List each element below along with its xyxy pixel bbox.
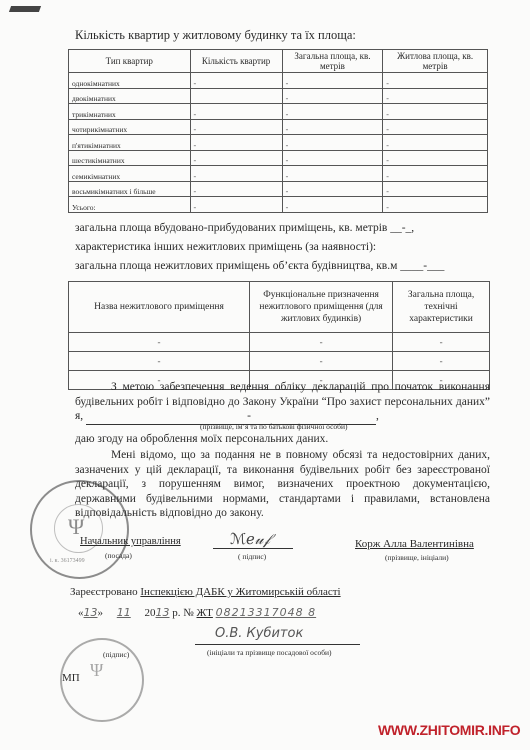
table-row: трикімнатних--- — [69, 104, 488, 120]
apt-type-cell: восьмикімнатних і більше — [69, 181, 191, 197]
official-caption: (ініціали та прізвище посадової особи) — [207, 648, 332, 657]
apt-count-cell: - — [190, 135, 282, 151]
reg-day: 13 — [84, 606, 98, 619]
apt-total-area-cell: - — [282, 181, 383, 197]
reg-number-label: № — [183, 607, 194, 619]
apt-total-area-cell: - — [282, 150, 383, 166]
stamp-code: і. к. 36173499 — [50, 558, 85, 564]
nonres-cell: - — [250, 352, 393, 371]
official-sign-line — [195, 644, 360, 645]
table-row: --- — [69, 352, 490, 371]
signature-line — [213, 548, 293, 549]
apt-total-area-cell: - — [282, 197, 383, 213]
built-in-area-line: загальна площа вбудовано-прибудованих пр… — [75, 222, 414, 234]
nonresidential-table: Назва нежитлового приміщення Функціональ… — [68, 281, 490, 390]
apt-type-cell: трикімнатних — [69, 104, 191, 120]
watermark: WWW.ZHITOMIR.INFO — [378, 722, 520, 738]
table-row: шестикімнатних--- — [69, 150, 488, 166]
column-header: Кількість квартир — [190, 50, 282, 73]
nonres-cell: - — [393, 352, 490, 371]
column-header: Функціональне призначення нежитлового пр… — [250, 282, 393, 333]
table-row: семикімнатних--- — [69, 166, 488, 182]
scan-corner-mark — [9, 6, 41, 12]
apt-total-area-cell: - — [282, 73, 383, 89]
nonresidential-total-line: загальна площа нежитлових приміщень об’є… — [75, 260, 444, 272]
apt-count-cell: - — [190, 150, 282, 166]
consent-name-caption: (прізвище, ім’я та по батькові фізичної … — [200, 422, 348, 431]
table-row: двокімнатних-- — [69, 88, 488, 104]
apt-living-area-cell: - — [383, 104, 488, 120]
official-name-handwritten: О.В. Кубиток — [215, 626, 303, 641]
apt-count-cell: - — [190, 197, 282, 213]
nonres-cell: - — [69, 352, 250, 371]
apt-living-area-cell: - — [383, 135, 488, 151]
apt-living-area-cell: - — [383, 197, 488, 213]
reg-month: 11 — [106, 606, 142, 619]
apt-type-cell: п'ятикімнатних — [69, 135, 191, 151]
nonres-cell: - — [250, 333, 393, 352]
signer-position: Начальник управління — [80, 536, 181, 547]
trident-icon: Ψ — [90, 660, 103, 681]
apt-type-cell: чотирикімнатних — [69, 119, 191, 135]
apt-living-area-cell: - — [383, 181, 488, 197]
apartments-table: Тип квартир Кількість квартир Загальна п… — [68, 49, 488, 213]
apt-total-area-cell: - — [282, 104, 383, 120]
table-row: однокімнатних--- — [69, 73, 488, 89]
apt-type-cell: двокімнатних — [69, 88, 191, 104]
reg-number-prefix: ЖТ — [197, 607, 213, 619]
table-row: восьмикімнатних і більше--- — [69, 181, 488, 197]
apt-count-cell: - — [190, 181, 282, 197]
signature-scribble: ℳℯ𝓊𝒻 — [230, 530, 270, 548]
table-header-row: Назва нежитлового приміщення Функціональ… — [69, 282, 490, 333]
registration-date-line: «13» 11 2013 р. № ЖТ 08213317048 8 — [78, 606, 316, 619]
signer-name: Корж Алла Валентинівна — [355, 538, 474, 550]
other-nonresidential-line: характеристика інших нежитлових приміщен… — [75, 241, 376, 253]
registration-line: Зареєстровано Інспекцією ДАБК у Житомирс… — [70, 586, 341, 598]
column-header: Житлова площа, кв. метрів — [383, 50, 488, 73]
nonres-cell: - — [393, 333, 490, 352]
apt-total-area-cell: - — [282, 88, 383, 104]
apt-count-cell: - — [190, 166, 282, 182]
table-row: --- — [69, 333, 490, 352]
table-header-row: Тип квартир Кількість квартир Загальна п… — [69, 50, 488, 73]
apartments-heading: Кількість квартир у житловому будинку та… — [75, 28, 356, 43]
apt-type-cell: однокімнатних — [69, 73, 191, 89]
consent-paragraph: З метою забезпечення ведення обліку декл… — [75, 380, 490, 425]
apt-count-cell: - — [190, 104, 282, 120]
column-header: Назва нежитлового приміщення — [69, 282, 250, 333]
apt-type-cell: шестикімнатних — [69, 150, 191, 166]
nonres-cell: - — [69, 333, 250, 352]
registration-authority: Інспекцією ДАБК у Житомирській області — [140, 586, 340, 598]
apt-living-area-cell: - — [383, 166, 488, 182]
apt-type-cell: Усього: — [69, 197, 191, 213]
apt-living-area-cell: - — [383, 88, 488, 104]
reg-year-label: р. — [172, 607, 180, 619]
apt-count-cell — [190, 88, 282, 104]
position-caption: (посада) — [105, 551, 132, 560]
signer-name-caption: (прізвище, ініціали) — [385, 553, 449, 562]
consent-closing: даю згоду на оброблення моїх персональни… — [75, 433, 328, 445]
table-row: п'ятикімнатних--- — [69, 135, 488, 151]
column-header: Загальна площа, кв. метрів — [282, 50, 383, 73]
column-header: Загальна площа, технічні характеристики — [393, 282, 490, 333]
apt-total-area-cell: - — [282, 119, 383, 135]
table-row: чотирикімнатних--- — [69, 119, 488, 135]
liability-paragraph: Мені відомо, що за подання не в повному … — [75, 448, 490, 521]
column-header: Тип квартир — [69, 50, 191, 73]
reg-year-prefix: 20 — [145, 607, 156, 619]
apt-living-area-cell: - — [383, 119, 488, 135]
apt-type-cell: семикімнатних — [69, 166, 191, 182]
registration-prefix: Зареєстровано — [70, 586, 138, 598]
reg-year-suffix: 13 — [156, 606, 170, 619]
apt-living-area-cell: - — [383, 150, 488, 166]
official-stamp: Ψ і. к. 36173499 — [30, 480, 129, 579]
apt-living-area-cell: - — [383, 73, 488, 89]
apt-count-cell: - — [190, 73, 282, 89]
apt-total-area-cell: - — [282, 166, 383, 182]
apt-total-area-cell: - — [282, 135, 383, 151]
apt-count-cell: - — [190, 119, 282, 135]
signature-caption: ( підпис) — [238, 552, 266, 561]
seal-label: МП — [62, 672, 80, 684]
table-row: Усього:--- — [69, 197, 488, 213]
reg-number: 08213317048 8 — [216, 606, 316, 619]
